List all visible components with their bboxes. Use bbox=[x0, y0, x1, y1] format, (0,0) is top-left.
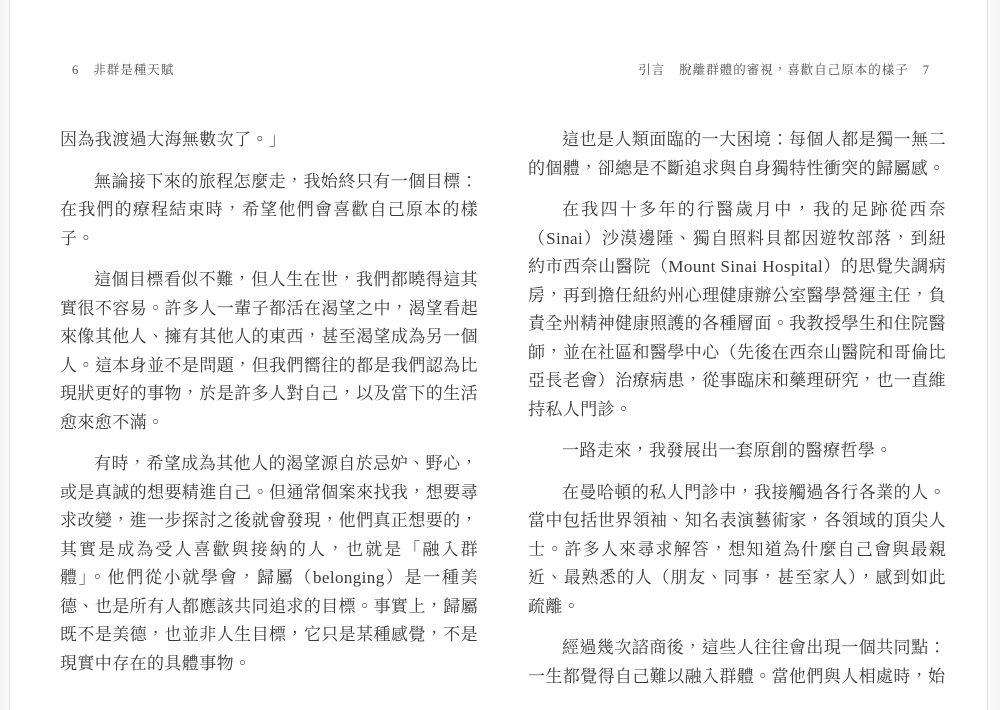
left-page: 6非群是種天賦 因為我渡過大海無數次了。」無論接下來的旅程怎麼走，我始終只有一個… bbox=[60, 0, 478, 710]
right-page-number: 7 bbox=[923, 63, 930, 77]
scan-left-margin bbox=[0, 0, 9, 710]
paragraph: 在我四十多年的行醫歲月中，我的足跡從西奈（Sinai）沙漠邊陲、獨自照料貝都因遊… bbox=[528, 196, 946, 424]
book-spread-scan: 6非群是種天賦 因為我渡過大海無數次了。」無論接下來的旅程怎麼走，我始終只有一個… bbox=[0, 0, 1000, 710]
book-title: 非群是種天賦 bbox=[93, 63, 174, 77]
right-page: 引言脫離群體的審視，喜歡自己原本的樣子7 這也是人類面臨的一大困境：每個人都是獨… bbox=[528, 0, 946, 710]
chapter-section-label: 引言 bbox=[638, 63, 665, 77]
scan-right-margin bbox=[988, 0, 1000, 710]
paragraph: 無論接下來的旅程怎麼走，我始終只有一個目標：在我們的療程結束時，希望他們會喜歡自… bbox=[60, 168, 478, 254]
paragraph: 這也是人類面臨的一大困境：每個人都是獨一無二的個體，卻總是不斷追求與自身獨特性衝… bbox=[528, 126, 946, 183]
left-page-body: 因為我渡過大海無數次了。」無論接下來的旅程怎麼走，我始終只有一個目標：在我們的療… bbox=[60, 126, 478, 691]
paragraph: 因為我渡過大海無數次了。」 bbox=[60, 126, 478, 155]
paragraph: 一路走來，我發展出一套原創的醫療哲學。 bbox=[528, 437, 946, 466]
paragraph: 這個目標看似不難，但人生在世，我們都曉得這其實很不容易。許多人一輩子都活在渴望之… bbox=[60, 266, 478, 437]
left-page-number: 6 bbox=[72, 63, 79, 77]
paragraph: 在曼哈頓的私人門診中，我接觸過各行各業的人。當中包括世界領袖、知名表演藝術家，各… bbox=[528, 479, 946, 622]
right-page-body: 這也是人類面臨的一大困境：每個人都是獨一無二的個體，卻總是不斷追求與自身獨特性衝… bbox=[528, 126, 946, 704]
paragraph: 經過幾次諮商後，這些人往往會出現一個共同點：一生都覺得自己難以融入群體。當他們與… bbox=[528, 634, 946, 691]
right-running-head: 引言脫離群體的審視，喜歡自己原本的樣子7 bbox=[528, 62, 946, 78]
paragraph: 有時，希望成為其他人的渴望源自於忌妒、野心，或是真誠的想要精進自己。但通常個案來… bbox=[60, 450, 478, 678]
scan-left-edge-line bbox=[9, 0, 10, 710]
chapter-title: 脫離群體的審視，喜歡自己原本的樣子 bbox=[679, 63, 909, 77]
left-running-head: 6非群是種天賦 bbox=[60, 62, 478, 78]
